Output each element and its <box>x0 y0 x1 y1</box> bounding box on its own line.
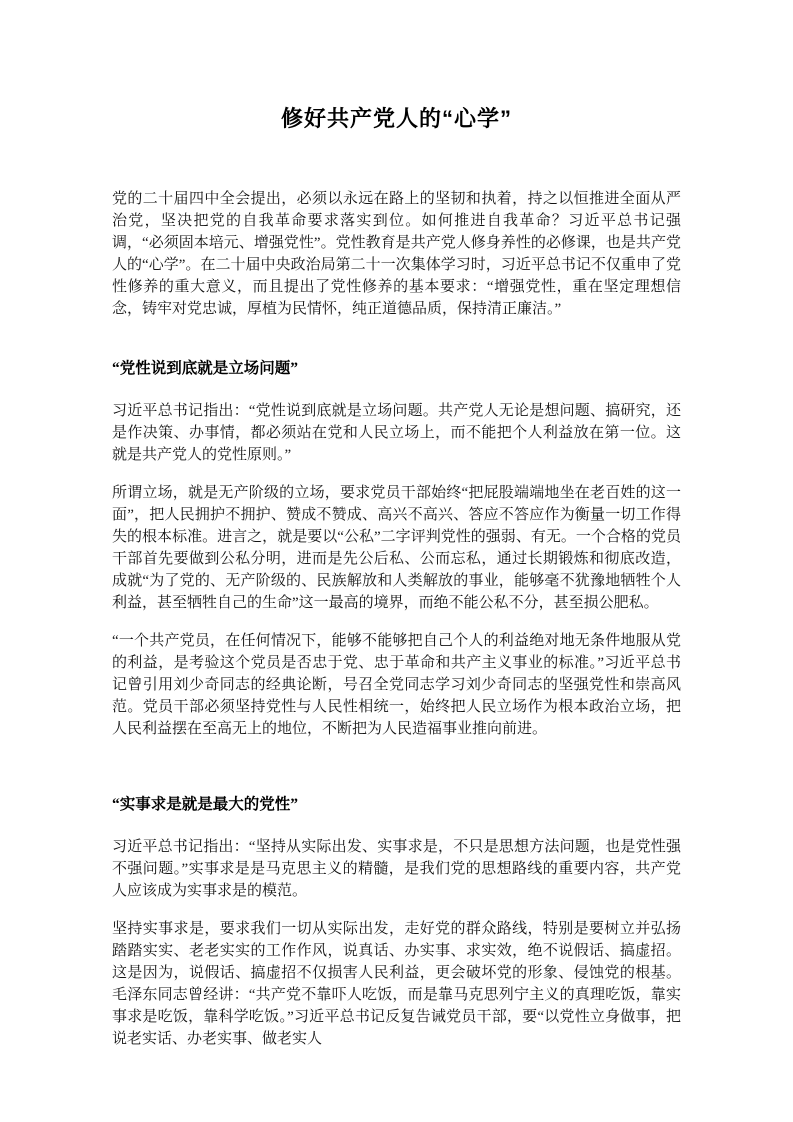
paragraph-intro: 党的二十届四中全会提出，必须以永远在路上的坚韧和执着，持之以恒推进全面从严治党，… <box>112 188 681 320</box>
document-page: 修好共产党人的“心学” 党的二十届四中全会提出，必须以永远在路上的坚韧和执着，持… <box>0 0 793 1122</box>
paragraph-stance-explanation: 所谓立场，就是无产阶级的立场，要求党员干部始终“把屁股端端地坐在老百姓的这一面”… <box>112 482 681 614</box>
paragraph-stance-quote: 习近平总书记指出：“党性说到底就是立场问题。共产党人无论是想问题、搞研究，还是作… <box>112 400 681 466</box>
document-title: 修好共产党人的“心学” <box>112 103 681 135</box>
paragraph-seek-truth-explanation: 坚持实事求是，要求我们一切从实际出发，走好党的群众路线，特别是要树立并弘扬踏踏实… <box>112 918 681 1050</box>
paragraph-seek-truth-quote: 习近平总书记指出：“坚持从实际出发、实事求是，不只是思想方法问题，也是党性强不强… <box>112 836 681 902</box>
section-heading-party-stance: “党性说到底就是立场问题” <box>112 358 681 380</box>
section-heading-seek-truth: “实事求是就是最大的党性” <box>112 794 681 816</box>
paragraph-liushaoqi-quote: “一个共产党员，在任何情况下，能够不能够把自己个人的利益绝对地无条件地服从党的利… <box>112 630 681 740</box>
